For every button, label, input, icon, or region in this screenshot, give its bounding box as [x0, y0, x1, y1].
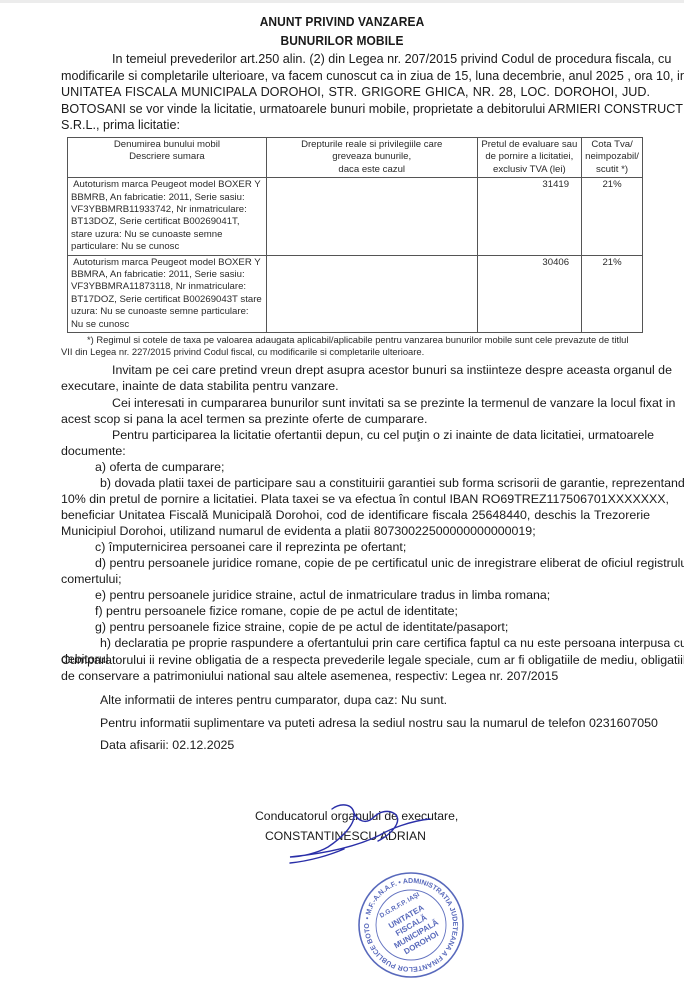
description-line: BT13DOZ, Serie certificat B00269041T, — [71, 216, 263, 228]
description-line: VF3YBBMRA11873118, Nr inmatriculare: — [71, 281, 263, 293]
header-text: exclusiv TVA (lei) — [481, 164, 579, 176]
invitation-paragraph: Invitam pe cei care pretind vreun drept … — [61, 362, 650, 394]
official-stamp-icon: • M.F.-A.N.A.F. • ADMINISTRATIA JUDETEAN… — [356, 870, 466, 980]
header-rights: Drepturile reale si privilegiile care gr… — [266, 138, 477, 178]
requirement-b-line: 10% din pretul de pornire a licitatiei. … — [61, 491, 650, 507]
document-title: ANUNT PRIVIND VANZAREA — [27, 14, 656, 29]
goods-table: Denumirea bunului mobil Descriere sumara… — [67, 137, 643, 333]
intro-paragraph: In temeiul prevederilor art.250 alin. (2… — [61, 51, 650, 134]
requirement-b-line: beneficiar Unitatea Fiscală Municipală D… — [61, 507, 650, 523]
description-line: VF3YBBMRB11933742, Nr inmatriculare: — [71, 204, 263, 216]
header-text: Denumirea bunului mobil — [71, 139, 263, 151]
participation-line: documente: — [61, 443, 650, 459]
vat-footnote: *) Regimul si cotele de taxa pe valoarea… — [61, 334, 650, 359]
cell-description: Autoturism marca Peugeot model BOXER Y B… — [68, 255, 267, 332]
requirement-h-line: h) declaratia pe proprie raspundere a of… — [61, 635, 650, 651]
table-header-row: Denumirea bunului mobil Descriere sumara… — [68, 138, 643, 178]
posting-date: Data afisarii: 02.12.2025 — [61, 734, 650, 757]
requirement-b-line: Municipiul Dorohoi, utilizand numarul de… — [61, 523, 650, 539]
header-text: Cota Tva/ — [585, 139, 639, 151]
intro-line: modificarile si completarile ulterioare,… — [61, 68, 650, 85]
interested-line: Cei interesati in cumpararea bunurilor s… — [61, 395, 650, 411]
description-line: BBMRB, An fabricatie: 2011, Serie sasiu: — [71, 192, 263, 204]
participation-line: Pentru participarea la licitatie ofertan… — [61, 427, 650, 443]
requirement-f: f) pentru persoanele fizice romane, copi… — [61, 603, 650, 619]
cell-description: Autoturism marca Peugeot model BOXER Y B… — [68, 178, 267, 255]
intro-line: In temeiul prevederilor art.250 alin. (2… — [61, 51, 650, 68]
document-subtitle: BUNURILOR MOBILE — [27, 33, 656, 48]
table-row: Autoturism marca Peugeot model BOXER Y B… — [68, 178, 643, 255]
header-text: neimpozabil/ — [585, 151, 639, 163]
description-line: particulare: Nu se cunosc — [71, 241, 263, 253]
obligation-paragraph: Cumparatorului ii revine obligatia de a … — [61, 652, 650, 684]
header-description: Denumirea bunului mobil Descriere sumara — [68, 138, 267, 178]
invite-line: executare, inainte de data stabilita pen… — [61, 378, 650, 394]
cell-vat: 21% — [582, 255, 643, 332]
other-info: Alte informatii de interes pentru cumpar… — [61, 689, 650, 712]
requirement-c: c) împuternicirea persoanei care il repr… — [61, 539, 650, 555]
description-line: uzura: Nu se cunoaste semne particulare: — [71, 306, 263, 318]
footnote-line: VII din Legea nr. 227/2015 privind Codul… — [61, 346, 650, 358]
cell-price: 30406 — [477, 255, 582, 332]
intro-line: BOTOSANI se vor vinde la licitatie, urma… — [61, 101, 650, 118]
obligation-line: Cumparatorului ii revine obligatia de a … — [61, 652, 650, 668]
description-line: stare uzura: Nu se cunoaste semne — [71, 229, 263, 241]
header-text: Descriere sumara — [71, 151, 263, 163]
cell-vat: 21% — [582, 178, 643, 255]
header-text: daca este cazul — [270, 164, 474, 176]
description-line: BBMRA, An fabricatie: 2011, Serie sasiu: — [71, 269, 263, 281]
cell-rights — [266, 255, 477, 332]
description-line: Autoturism marca Peugeot model BOXER Y — [71, 257, 263, 269]
header-text: de pornire a licitatiei, — [481, 151, 579, 163]
obligation-line: de conservare a patrimoniului national s… — [61, 668, 650, 684]
cell-price: 31419 — [477, 178, 582, 255]
description-line: BT17DOZ, Serie certificat B00269043T sta… — [71, 294, 263, 306]
page-top-edge — [0, 0, 684, 3]
requirement-a: a) oferta de cumparare; — [61, 459, 650, 475]
intro-line: UNITATEA FISCALA MUNICIPALA DOROHOI, STR… — [61, 84, 650, 101]
intro-line: S.R.L., prima licitatie: — [61, 117, 650, 134]
requirement-d-line: comertului; — [61, 571, 650, 587]
contact-info: Pentru informatii suplimentare va puteti… — [61, 712, 650, 735]
header-text: scutit *) — [585, 164, 639, 176]
interested-line: acest scop si pana la acel termen sa pre… — [61, 411, 650, 427]
handwritten-signature-icon — [270, 795, 450, 865]
requirement-g: g) pentru persoanele fizice straine, cop… — [61, 619, 650, 635]
header-text: Pretul de evaluare sau — [481, 139, 579, 151]
header-price: Pretul de evaluare sau de pornire a lici… — [477, 138, 582, 178]
additional-info: Alte informatii de interes pentru cumpar… — [61, 683, 650, 757]
description-line: Nu se cunosc — [71, 319, 263, 331]
header-vat: Cota Tva/ neimpozabil/ scutit *) — [582, 138, 643, 178]
interested-paragraph: Cei interesati in cumpararea bunurilor s… — [61, 395, 650, 427]
header-text: Drepturile reale si privilegiile care — [270, 139, 474, 151]
participation-paragraph: Pentru participarea la licitatie ofertan… — [61, 427, 650, 459]
requirement-e: e) pentru persoanele juridice straine, a… — [61, 587, 650, 603]
footnote-line: *) Regimul si cotele de taxa pe valoarea… — [61, 334, 650, 346]
invite-line: Invitam pe cei care pretind vreun drept … — [61, 362, 650, 378]
requirement-b-line: b) dovada platii taxei de participare sa… — [61, 475, 650, 491]
requirement-d-line: d) pentru persoanele juridice romane, co… — [61, 555, 650, 571]
header-text: greveaza bunurile, — [270, 151, 474, 163]
cell-rights — [266, 178, 477, 255]
description-line: Autoturism marca Peugeot model BOXER Y — [71, 179, 263, 191]
table-row: Autoturism marca Peugeot model BOXER Y B… — [68, 255, 643, 332]
requirements-list: a) oferta de cumparare; b) dovada platii… — [61, 459, 650, 667]
